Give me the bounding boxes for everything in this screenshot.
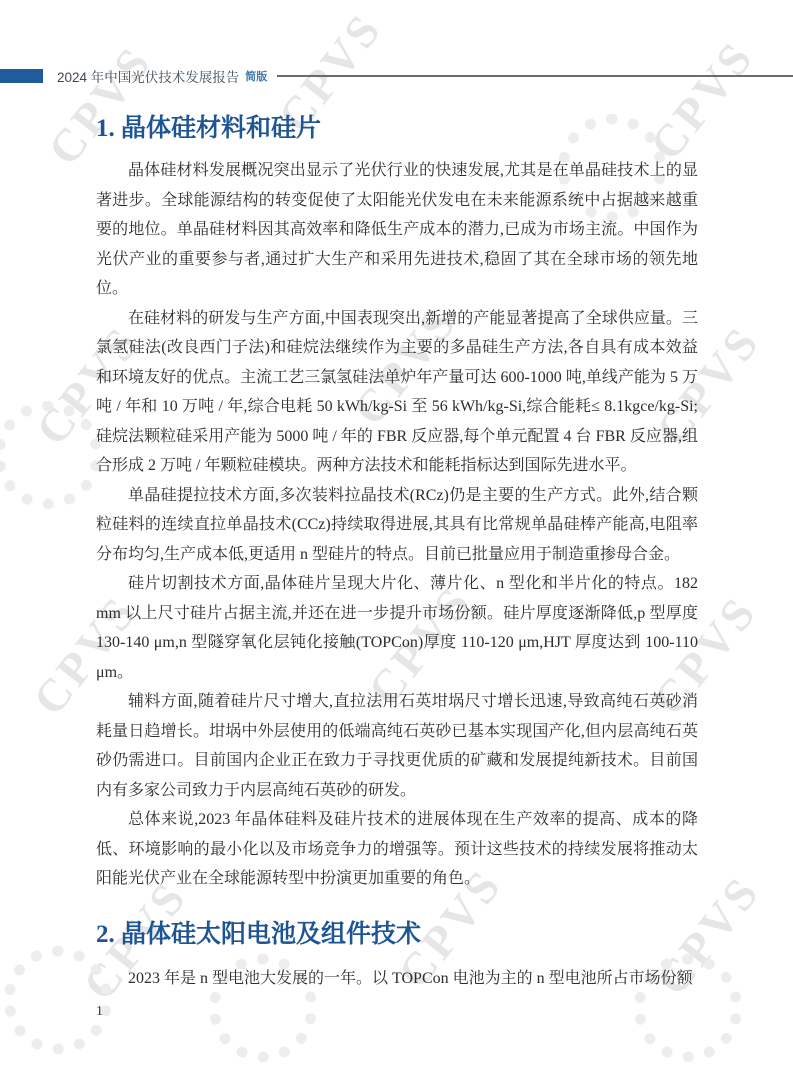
paragraph: 晶体硅材料发展概况突出显示了光伏行业的快速发展,尤其是在单晶硅技术上的显著进步。…	[96, 156, 698, 304]
section-1-heading: 1. 晶体硅材料和硅片	[96, 112, 698, 146]
document-body: 1. 晶体硅材料和硅片 晶体硅材料发展概况突出显示了光伏行业的快速发展,尤其是在…	[96, 112, 698, 993]
paragraph: 在硅材料的研发与生产方面,中国表现突出,新增的产能显著提高了全球供应量。三氯氢硅…	[96, 304, 698, 481]
report-title: 2024 年中国光伏技术发展报告	[57, 66, 239, 86]
report-header: 2024 年中国光伏技术发展报告 简版	[0, 66, 793, 86]
paragraph: 2023 年是 n 型电池大发展的一年。以 TOPCon 电池为主的 n 型电池…	[96, 964, 698, 994]
section-2-heading: 2. 晶体硅太阳电池及组件技术	[96, 918, 698, 952]
header-rule	[277, 75, 793, 77]
paragraph: 辅料方面,随着硅片尺寸增大,直拉法用石英坩埚尺寸增长迅速,导致高纯石英砂消耗量日…	[96, 687, 698, 805]
paragraph: 总体来说,2023 年晶体硅料及硅片技术的进展体现在生产效率的提高、成本的降低、…	[96, 805, 698, 894]
cpvs-emblem-watermark	[0, 401, 102, 509]
paragraph: 硅片切割技术方面,晶体硅片呈现大片化、薄片化、n 型化和半片化的特点。182 m…	[96, 569, 698, 687]
header-accent-block	[0, 69, 43, 83]
document-page: CPVS CPVS CPVS CPVS CPVS CPVS CPVS CPVS …	[0, 0, 793, 1077]
paragraph: 单晶硅提拉技术方面,多次装料拉晶技术(RCz)仍是主要的生产方式。此外,结合颗粒…	[96, 481, 698, 570]
report-edition-badge: 简版	[245, 68, 267, 84]
page-number: 1	[96, 1004, 103, 1020]
